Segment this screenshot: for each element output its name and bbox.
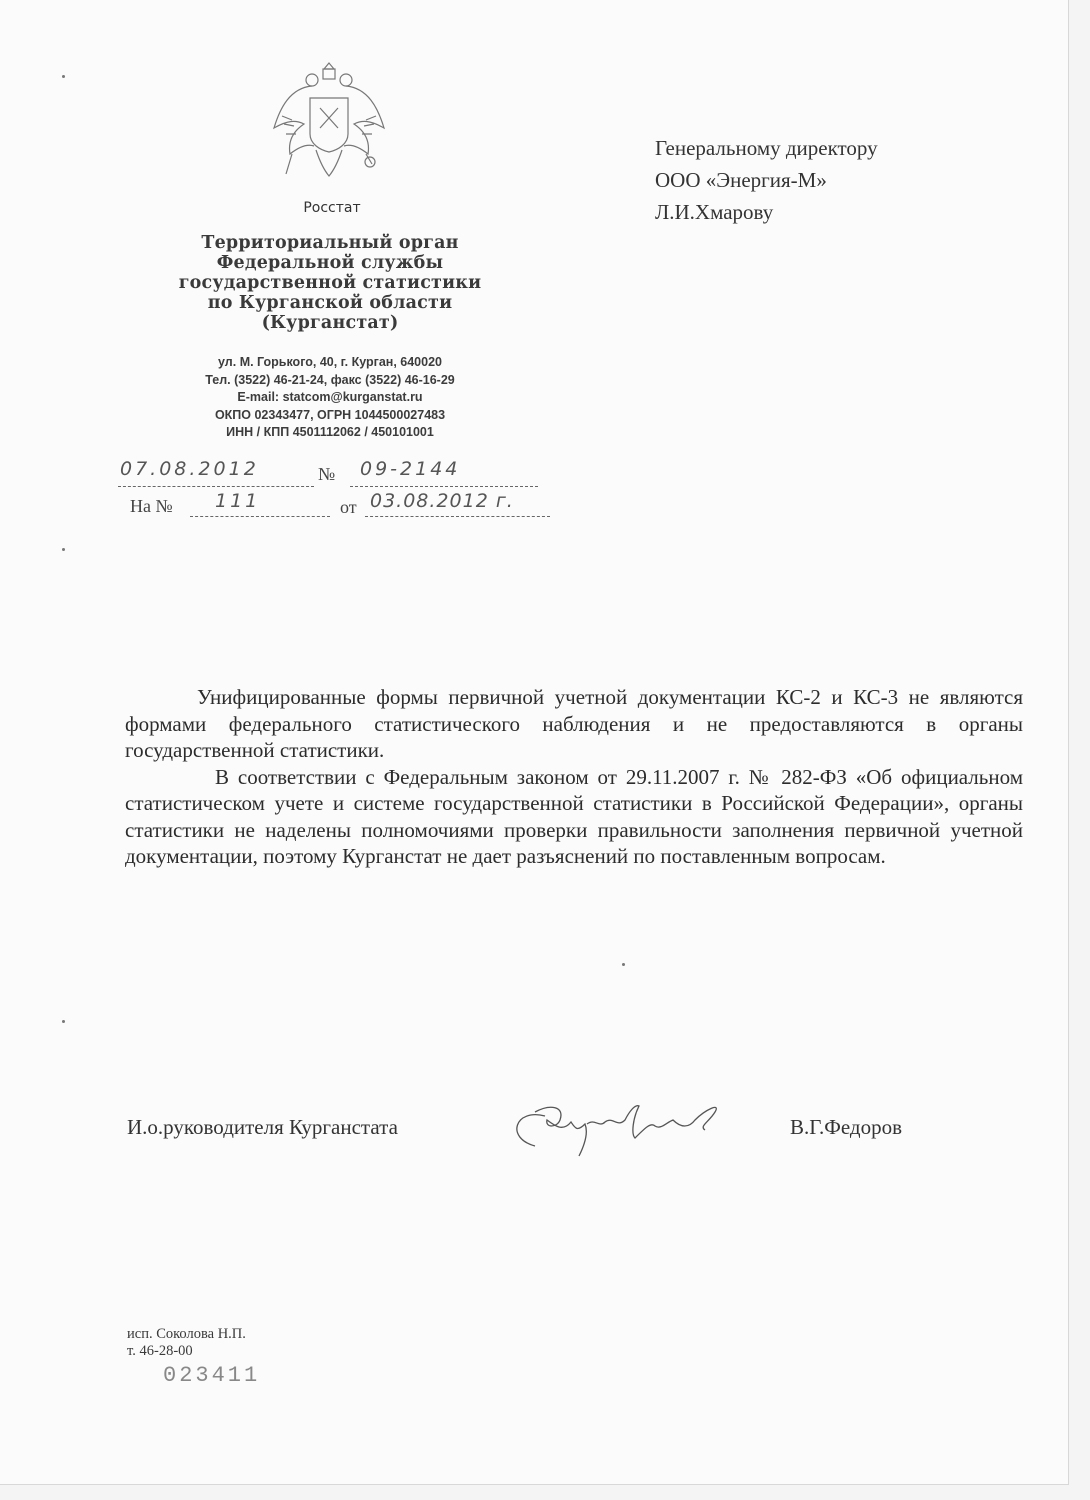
body-paragraph: В соответствии с Федеральным законом от … — [125, 764, 1023, 870]
coat-of-arms-icon — [270, 58, 388, 183]
outgoing-number: 09-2144 — [360, 458, 460, 480]
okpo-ogrn-line: ОКПО 02343477, ОГРН 1044500027483 — [150, 407, 510, 425]
signatory-title: И.о.руководителя Курганстата — [127, 1115, 398, 1140]
from-label: от — [340, 497, 357, 518]
letter-body: Унифицированные формы первичной учетной … — [125, 684, 1023, 870]
addressee-position: Генеральному директору — [655, 132, 878, 164]
executor-phone: т. 46-28-00 — [127, 1343, 246, 1360]
addressee-block: Генеральному директору ООО «Энергия-М» Л… — [655, 132, 878, 228]
number-underline — [350, 486, 538, 487]
reply-to-label: На № — [130, 496, 173, 517]
org-line: (Курганстат) — [150, 313, 510, 333]
scan-speck — [622, 963, 625, 966]
serial-number-stamp: 023411 — [163, 1363, 260, 1388]
phone-fax-line: Тел. (3522) 46-21-24, факс (3522) 46-16-… — [150, 372, 510, 390]
org-line: государственной статистики — [150, 273, 510, 293]
addressee-company: ООО «Энергия-М» — [655, 164, 878, 196]
reply-number-underline — [190, 516, 330, 517]
outgoing-date: 07.08.2012 — [120, 458, 259, 480]
executor-name: исп. Соколова Н.П. — [127, 1326, 246, 1343]
organization-contacts: ул. М. Горького, 40, г. Курган, 640020 Т… — [150, 354, 510, 442]
org-line: по Курганской области — [150, 293, 510, 313]
org-line: Территориальный орган — [150, 233, 510, 253]
reply-date-underline — [365, 516, 550, 517]
inn-kpp-line: ИНН / КПП 4501112062 / 450101001 — [150, 424, 510, 442]
handwritten-signature — [505, 1098, 755, 1158]
signatory-name: В.Г.Федоров — [790, 1115, 902, 1140]
reply-to-date: 03.08.2012 г. — [370, 490, 514, 512]
organization-name: Территориальный орган Федеральной службы… — [150, 233, 510, 333]
scan-speck — [62, 75, 65, 78]
agency-short-name: Росстат — [292, 200, 372, 216]
addressee-name: Л.И.Хмарову — [655, 196, 878, 228]
reply-to-number: 111 — [215, 490, 260, 512]
body-paragraph: Унифицированные формы первичной учетной … — [125, 684, 1023, 764]
address-line: ул. М. Горького, 40, г. Курган, 640020 — [150, 354, 510, 372]
letter-page: Росстат Территориальный орган Федерально… — [0, 0, 1069, 1485]
scan-speck — [62, 548, 65, 551]
scan-speck — [62, 1020, 65, 1023]
date-underline — [118, 486, 314, 487]
executor-block: исп. Соколова Н.П. т. 46-28-00 — [127, 1326, 246, 1360]
number-label: № — [318, 464, 335, 485]
email-line: E-mail: statcom@kurganstat.ru — [150, 389, 510, 407]
org-line: Федеральной службы — [150, 253, 510, 273]
